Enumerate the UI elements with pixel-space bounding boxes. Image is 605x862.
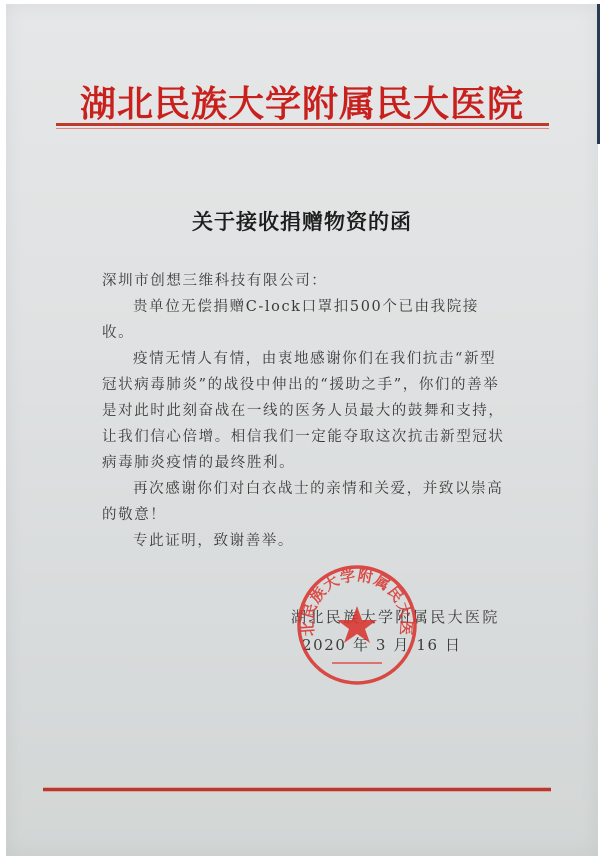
star-icon <box>337 606 377 643</box>
letter-paper: 湖北民族大学附属民大医院 关于接收捐赠物资的函 深圳市创想三维科技有限公司： 贵… <box>6 4 598 856</box>
paragraph-1: 贵单位无偿捐赠C-lock口罩扣500个已由我院接收。 <box>102 294 506 346</box>
letterhead-rule <box>56 123 549 126</box>
document-title: 关于接收捐赠物资的函 <box>6 206 598 236</box>
paragraph-4: 专此证明，致谢善举。 <box>102 528 506 554</box>
letterhead-title: 湖北民族大学附属民大医院 <box>6 76 598 127</box>
salutation: 深圳市创想三维科技有限公司： <box>102 268 506 294</box>
official-seal: 湖北民族大学附属民大医院 <box>296 564 418 686</box>
paragraph-3: 再次感谢你们对白衣战士的亲情和关爱，并致以崇高的敬意！ <box>102 476 506 528</box>
letter-body: 深圳市创想三维科技有限公司： 贵单位无偿捐赠C-lock口罩扣500个已由我院接… <box>102 268 506 554</box>
footer-rule <box>43 788 551 791</box>
letterhead-rule-thin <box>56 128 549 129</box>
paragraph-2: 疫情无情人有情，由衷地感谢你们在我们抗击“新型冠状病毒肺炎”的战役中伸出的“援助… <box>102 346 506 476</box>
